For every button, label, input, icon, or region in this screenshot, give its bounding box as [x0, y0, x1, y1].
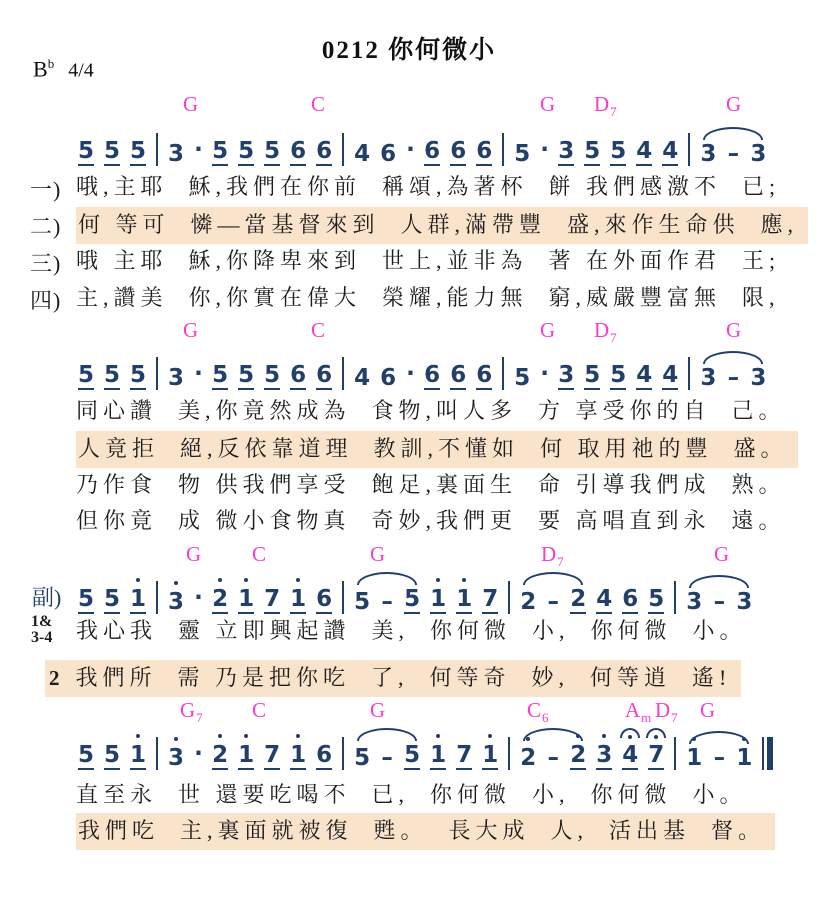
note-6: 6 [450, 139, 466, 166]
note-3: 3 [736, 590, 752, 614]
augmentation-dot: · [194, 586, 202, 610]
note-6: 6 [290, 363, 306, 390]
note-3: 3 [558, 363, 574, 390]
chorus-label: 副) [32, 581, 61, 612]
note-3: 3 [168, 142, 184, 166]
lyric-line: 1&3-4我心我 靈 立即興起讚 美, 你何微 小, 你何微 小。 [0, 614, 818, 651]
octave-dot [602, 734, 606, 738]
chord-label: G [370, 542, 385, 567]
chord-label: D7 [594, 92, 617, 120]
chord-row: GCGD7G [0, 92, 818, 116]
fermata-icon [628, 735, 632, 739]
duration-dash: – [380, 590, 394, 614]
lyric-text: 何 等可 憐—當基督來到 人群,滿帶豐 盛,來作生命供 應, [76, 207, 808, 244]
augmentation-dot: · [540, 138, 548, 162]
barline [156, 133, 158, 166]
barline [342, 133, 344, 166]
note-6: 6 [424, 139, 440, 166]
duration-dash: – [726, 366, 740, 390]
barline [156, 737, 158, 770]
chord-subscript: 7 [196, 710, 203, 725]
octave-dot [218, 578, 222, 582]
barline [688, 357, 690, 390]
tie-group: 1–1 [686, 744, 752, 770]
lyric-line: 乃作食 物 供我們享受 飽足,裏面生 命 引導我們成 熟。 [0, 468, 818, 505]
verse-label: 一) [30, 173, 61, 204]
note-5: 5 [264, 139, 280, 166]
chord-subscript: 7 [557, 554, 564, 569]
octave-dot [174, 581, 178, 585]
augmentation-dot: · [406, 138, 414, 162]
note-5: 5 [78, 743, 94, 770]
lyric-text: 乃作食 物 供我們享受 飽足,裏面生 命 引導我們成 熟。 [76, 468, 786, 502]
chord-label: G [540, 318, 555, 343]
note-1: 1 [238, 587, 254, 614]
chord-label: G [726, 318, 741, 343]
octave-dot [436, 734, 440, 738]
note-5: 5 [78, 363, 94, 390]
note-3: 3 [686, 590, 702, 614]
tie-group: 3–3 [686, 588, 752, 614]
note-7: 7 [264, 587, 280, 614]
octave-dot [436, 578, 440, 582]
note-2: 2 [570, 587, 586, 614]
chord-row: GCGD7G [0, 542, 818, 566]
note-5: 5 [354, 746, 370, 770]
note-4: 4 [662, 139, 678, 166]
note-2: 2 [520, 746, 536, 770]
note-2: 2 [212, 587, 228, 614]
chord-subscript: 6 [542, 710, 549, 725]
key-letter: B [33, 56, 48, 81]
lyric-line: 但你竟 成 微小食物真 奇妙,我們更 要 高唱直到永 遠。 [0, 504, 818, 541]
verse-number: 2 [49, 666, 60, 690]
lyric-text: 我們所 需 乃是把你吃 了, 何等奇 妙, 何等逍 遙! [76, 665, 732, 690]
verse-range-top: 1& [31, 614, 52, 630]
lyric-text: 同心讚 美,你竟然成為 食物,叫人多 方 享受你的自 己。 [76, 394, 786, 428]
note-2: 2 [212, 743, 228, 770]
octave-dot [174, 737, 178, 741]
lyric-line: 同心讚 美,你竟然成為 食物,叫人多 方 享受你的自 己。 [0, 394, 818, 431]
note-5: 5 [238, 139, 254, 166]
verse-range-label: 1&3-4 [31, 614, 52, 646]
verse-label: 四) [30, 284, 61, 315]
chord-label: G [714, 542, 729, 567]
note-3: 3 [750, 366, 766, 390]
octave-dot [244, 734, 248, 738]
chord-label: Am [625, 698, 651, 726]
barline [688, 133, 690, 166]
note-1: 1 [130, 587, 146, 614]
duration-dash: – [726, 142, 740, 166]
augmentation-dot: · [194, 138, 202, 162]
duration-dash: – [380, 746, 394, 770]
octave-dot [692, 737, 696, 741]
note-6: 6 [316, 743, 332, 770]
chord-row: G7CGC6AmD7G [0, 698, 818, 722]
note-5: 5 [648, 587, 664, 614]
note-3: 3 [168, 366, 184, 390]
chord-label: C [252, 698, 266, 723]
note-6: 6 [316, 363, 332, 390]
note-3: 3 [700, 142, 716, 166]
note-2: 2 [570, 743, 586, 770]
note-7: 7 [264, 743, 280, 770]
lyric-highlight: 2我們所 需 乃是把你吃 了, 何等奇 妙, 何等逍 遙! [45, 660, 741, 697]
note-5: 5 [404, 743, 420, 770]
chord-label: G [183, 318, 198, 343]
augmentation-dot: · [194, 742, 202, 766]
note-5: 5 [130, 139, 146, 166]
chord-label: G7 [180, 698, 203, 726]
note-5: 5 [514, 142, 530, 166]
chord-label: G [183, 92, 198, 117]
augmentation-dot: · [406, 362, 414, 386]
note-3: 3 [558, 139, 574, 166]
note-4: 4 [354, 142, 370, 166]
note-5: 5 [78, 139, 94, 166]
chord-label: D7 [541, 542, 564, 570]
chord-subscript: 7 [610, 330, 617, 345]
chord-label: G [370, 698, 385, 723]
verse-label: 三) [30, 247, 61, 278]
fermata-icon [654, 735, 658, 739]
tie-group: 5–5 [354, 741, 420, 770]
note-7: 7 [648, 743, 664, 770]
lyric-line: 四)主,讚美 你,你實在偉大 榮耀,能力無 窮,威嚴豐富無 限, [0, 281, 818, 318]
note-4: 4 [596, 587, 612, 614]
lyric-text: 主,讚美 你,你實在偉大 榮耀,能力無 窮,威嚴豐富無 限, [76, 281, 780, 315]
note-3: 3 [168, 590, 184, 614]
note-5: 5 [610, 363, 626, 390]
chord-label: G [540, 92, 555, 117]
tie-group: 3–3 [700, 364, 766, 390]
note-6: 6 [290, 139, 306, 166]
barline [156, 581, 158, 614]
final-barline-thin [762, 737, 764, 770]
note-5: 5 [104, 743, 120, 770]
octave-dot [136, 578, 140, 582]
note-1: 1 [456, 587, 472, 614]
note-5: 5 [212, 139, 228, 166]
note-6: 6 [476, 139, 492, 166]
note-5: 5 [104, 139, 120, 166]
note-1: 1 [238, 743, 254, 770]
note-5: 5 [354, 590, 370, 614]
note-7: 7 [482, 587, 498, 614]
note-3: 3 [168, 746, 184, 770]
note-1: 1 [290, 743, 306, 770]
barline [342, 737, 344, 770]
note-6: 6 [316, 587, 332, 614]
octave-dot [218, 734, 222, 738]
note-5: 5 [104, 587, 120, 614]
note-4: 4 [622, 743, 638, 770]
note-1: 1 [130, 743, 146, 770]
tie-group: 2–2 [520, 585, 586, 614]
note-5: 5 [610, 139, 626, 166]
lyric-line: 直至永 世 還要吃喝不 已, 你何微 小, 你何微 小。 [0, 778, 818, 815]
barline [342, 357, 344, 390]
chord-label: C6 [527, 698, 549, 726]
hymn-sheet: 0212 你何微小 Bb4/4 GCGD7G5553·5556646·6665·… [0, 0, 818, 906]
music-line: 5553·5556646·6665·355443–3 [78, 346, 766, 390]
lyric-line: 二)何 等可 憐—當基督來到 人群,滿帶豐 盛,來作生命供 應, [0, 207, 818, 244]
duration-dash: – [546, 746, 560, 770]
lyric-line: 2我們所 需 乃是把你吃 了, 何等奇 妙, 何等逍 遙! [0, 660, 818, 697]
chord-label: C [311, 92, 325, 117]
note-6: 6 [316, 139, 332, 166]
note-1: 1 [686, 746, 702, 770]
music-line: 5513·217165–51712–23471–1 [78, 726, 773, 770]
music-line: 5553·5556646·6665·355443–3 [78, 122, 766, 166]
lyric-line: 人竟拒 絕,反依靠道理 教訓,不懂如 何 取用祂的豐 盛。 [0, 431, 818, 468]
note-6: 6 [476, 363, 492, 390]
note-3: 3 [596, 743, 612, 770]
barline [508, 581, 510, 614]
chord-subscript: 7 [610, 104, 617, 119]
lyric-text: 但你竟 成 微小食物真 奇妙,我們更 要 高唱直到永 遠。 [76, 504, 786, 538]
duration-dash: – [712, 590, 726, 614]
note-5: 5 [212, 363, 228, 390]
octave-dot [576, 734, 580, 738]
lyric-text: 哦,主耶 穌,我們在你前 稱頌,為著杯 餅 我們感激不 已; [76, 170, 780, 204]
note-6: 6 [424, 363, 440, 390]
tie-group: 5–5 [354, 585, 420, 614]
key-accidental: b [48, 56, 55, 71]
chord-label: G [700, 698, 715, 723]
chord-label: G [186, 542, 201, 567]
note-4: 4 [662, 363, 678, 390]
lyric-text: 我們吃 主,裏面就被復 甦。 長大成 人, 活出基 督。 [76, 813, 775, 850]
octave-dot [462, 578, 466, 582]
note-5: 5 [404, 587, 420, 614]
note-2: 2 [520, 590, 536, 614]
note-5: 5 [238, 363, 254, 390]
key-signature: Bb4/4 [33, 56, 94, 82]
note-4: 4 [636, 139, 652, 166]
verse-label: 二) [30, 210, 61, 241]
note-6: 6 [380, 366, 396, 390]
note-5: 5 [130, 363, 146, 390]
chord-label: D7 [594, 318, 617, 346]
octave-dot [136, 734, 140, 738]
note-5: 5 [78, 587, 94, 614]
note-6: 6 [622, 587, 638, 614]
note-5: 5 [264, 363, 280, 390]
augmentation-dot: · [194, 362, 202, 386]
chord-label: C [252, 542, 266, 567]
note-1: 1 [430, 743, 446, 770]
song-title: 0212 你何微小 [0, 30, 818, 66]
lyric-text: 直至永 世 還要吃喝不 已, 你何微 小, 你何微 小。 [76, 778, 747, 812]
note-6: 6 [450, 363, 466, 390]
lyric-line: 我們吃 主,裏面就被復 甦。 長大成 人, 活出基 督。 [0, 813, 818, 850]
lyric-text: 我心我 靈 立即興起讚 美, 你何微 小, 你何微 小。 [76, 614, 747, 648]
octave-dot [296, 734, 300, 738]
chord-label: D7 [655, 698, 678, 726]
note-3: 3 [750, 142, 766, 166]
lyric-text: 人竟拒 絕,反依靠道理 教訓,不懂如 何 取用祂的豐 盛。 [76, 431, 798, 468]
lyric-line: 三)哦 主耶 穌,你降卑來到 世上,並非為 著 在外面作君 王; [0, 244, 818, 281]
note-6: 6 [380, 142, 396, 166]
final-barline [762, 737, 773, 770]
chord-label: G [726, 92, 741, 117]
barline [342, 581, 344, 614]
tie-group: 2–2 [520, 741, 586, 770]
music-line: 副)5513·217165–51172–24653–3 [78, 570, 752, 614]
chord-row: GCGD7G [0, 318, 818, 342]
octave-dot [244, 578, 248, 582]
lyric-line: 一)哦,主耶 穌,我們在你前 稱頌,為著杯 餅 我們感激不 已; [0, 170, 818, 207]
duration-dash: – [712, 746, 726, 770]
tie-group: 3–3 [700, 140, 766, 166]
note-3: 3 [700, 366, 716, 390]
time-signature: 4/4 [68, 59, 94, 81]
chord-subscript: 7 [671, 710, 678, 725]
note-5: 5 [584, 363, 600, 390]
note-5: 5 [514, 366, 530, 390]
note-1: 1 [430, 587, 446, 614]
note-1: 1 [482, 743, 498, 770]
note-4: 4 [636, 363, 652, 390]
note-5: 5 [584, 139, 600, 166]
octave-dot [488, 734, 492, 738]
note-1: 1 [290, 587, 306, 614]
note-5: 5 [104, 363, 120, 390]
chord-subscript: m [641, 710, 651, 725]
note-1: 1 [736, 746, 752, 770]
octave-dot [296, 578, 300, 582]
final-barline-thick [767, 737, 773, 770]
barline [674, 581, 676, 614]
note-4: 4 [354, 366, 370, 390]
verse-range-bottom: 3-4 [31, 630, 52, 646]
barline [156, 357, 158, 390]
barline [674, 737, 676, 770]
note-7: 7 [456, 743, 472, 770]
octave-dot [742, 737, 746, 741]
octave-dot [526, 737, 530, 741]
duration-dash: – [546, 590, 560, 614]
chord-label: C [311, 318, 325, 343]
barline [502, 357, 504, 390]
augmentation-dot: · [540, 362, 548, 386]
lyric-text: 哦 主耶 穌,你降卑來到 世上,並非為 著 在外面作君 王; [76, 244, 780, 278]
barline [508, 737, 510, 770]
barline [502, 133, 504, 166]
